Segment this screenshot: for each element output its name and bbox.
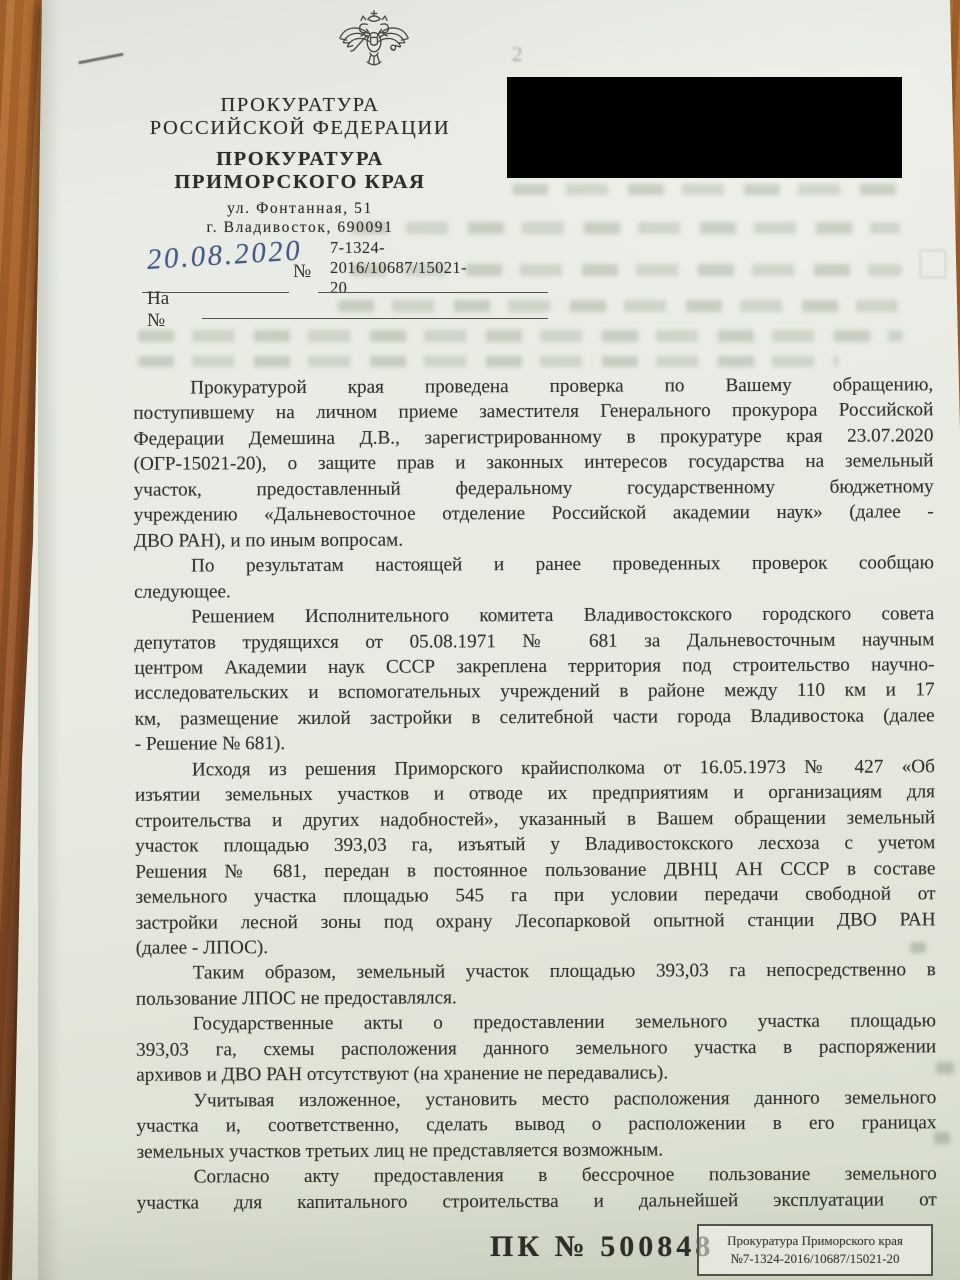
body-line: изъятии земельных участков и отводе их п… xyxy=(135,780,935,809)
handwritten-date: 20.08.2020 xyxy=(146,235,303,277)
registration-stamp: Прокуратура Приморского края №7-1324-201… xyxy=(697,1224,933,1276)
body-line: Федерации Демешина Д.В., зарегистрирован… xyxy=(133,423,933,452)
redaction-box xyxy=(507,77,902,178)
body-line: застройки лесной зоны под охрану Лесопар… xyxy=(136,907,936,936)
pen-mark xyxy=(78,53,124,65)
form-number: ПК № 500848 xyxy=(490,1230,714,1264)
incoming-number-underline xyxy=(202,318,548,319)
bleed-smudge xyxy=(936,1062,954,1074)
body-line: (ОГР-15021-20), о защите прав и законных… xyxy=(134,449,934,478)
body-line: Решением Исполнительного комитета Владив… xyxy=(134,601,934,630)
body-line: Учитывая изложенное, установить место ра… xyxy=(136,1085,936,1114)
document-number: 7-1324-2016/10687/15021-20 xyxy=(330,238,467,298)
stamp-org-name: Прокуратура Приморского края xyxy=(699,1233,931,1249)
body-line: земельных участков третьих лиц не предст… xyxy=(137,1136,937,1165)
body-line: пользование ЛПОС не предоставлялся. xyxy=(136,983,936,1012)
body-line: участок, предоставленный федеральному го… xyxy=(134,474,934,503)
body-line: строительства и других надобностей», ука… xyxy=(135,805,935,834)
body-line: участка для капитального строительства и… xyxy=(137,1187,937,1216)
bleed-text-line xyxy=(138,330,903,342)
letter-sheet-wrap: 2 xyxy=(0,0,960,1280)
org-address-street: ул. Фонтанная, 51 xyxy=(75,200,525,218)
letter-body: Прокуратурой края проведена проверка по … xyxy=(133,372,937,1215)
body-line: Прокуратурой края проведена проверка по … xyxy=(133,372,933,401)
body-line: (далее - ЛПОС). xyxy=(136,932,936,961)
paper-crease-left xyxy=(38,0,68,1280)
body-line: Решения № 681, передан в постоянное поль… xyxy=(135,856,935,885)
body-line: центром Академии наук СССР закреплена те… xyxy=(134,652,934,681)
body-line: депутатов трудящихся от 05.08.1971 № 681… xyxy=(134,627,934,656)
body-line: Таким образом, земельный участок площадь… xyxy=(136,958,936,987)
body-line: исследовательских и вспомогательных учре… xyxy=(135,678,935,707)
org-name-line2: РОССИЙСКОЙ ФЕДЕРАЦИИ xyxy=(75,117,525,140)
body-line: ДВО РАН), и по иным вопросам. xyxy=(134,525,934,554)
org-name-line4: ПРИМОРСКОГО КРАЯ xyxy=(75,171,525,194)
body-line: Государственные акты о предоставлении зе… xyxy=(136,1009,936,1038)
body-line: участка и, соответственно, сделать вывод… xyxy=(136,1110,936,1139)
bleed-page-number: 2 xyxy=(512,42,523,67)
body-line: поступившему на личном приеме заместител… xyxy=(133,398,933,427)
body-line: Согласно акту предоставления в бессрочно… xyxy=(137,1161,937,1190)
body-line: учреждению «Дальневосточное отделение Ро… xyxy=(134,500,934,529)
number-sign-label: № xyxy=(293,261,311,283)
stamp-number: №7-1324-2016/10687/15021-20 xyxy=(699,1251,931,1267)
number-underline xyxy=(318,292,548,293)
body-line: По результатам настоящей и ранее проведе… xyxy=(134,550,934,579)
bleed-stamp-outline xyxy=(920,250,946,278)
org-name-line3: ПРОКУРАТУРА xyxy=(75,148,525,171)
body-line: - Решение № 681). xyxy=(135,729,935,758)
org-name-line1: ПРОКУРАТУРА xyxy=(75,94,525,117)
body-line: 393,03 га, схемы расположения данного зе… xyxy=(136,1034,936,1063)
bleed-text-line xyxy=(138,356,838,367)
bleed-text-line xyxy=(338,300,903,312)
body-line: земельного участка площадью 545 га при у… xyxy=(135,881,935,910)
body-line: Исходя из решения Приморского крайисполк… xyxy=(135,754,935,783)
body-line: участок площадью 393,03 га, изъятый у Вл… xyxy=(135,830,935,859)
letter-sheet: 2 xyxy=(0,0,960,1280)
bleed-text-line xyxy=(512,184,900,195)
coat-of-arms-eagle-icon xyxy=(333,6,415,92)
body-line: км, размещение жилой застройки в селитеб… xyxy=(135,703,935,732)
body-line: архивов и ДВО РАН отсутствуют (на хранен… xyxy=(136,1059,936,1088)
incoming-number-label: На № xyxy=(147,288,169,332)
body-line: следующее. xyxy=(134,576,934,605)
